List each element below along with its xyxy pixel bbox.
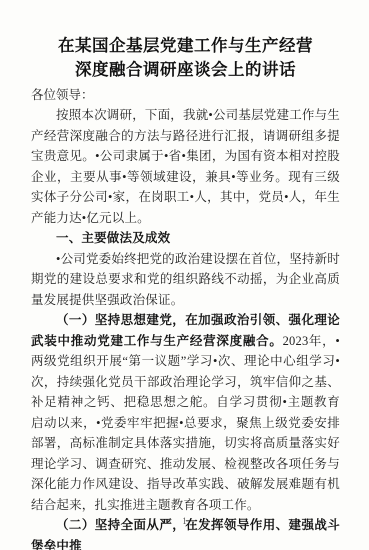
document-content: 在某国企基层党建工作与生产经营 深度融合调研座谈会上的讲话 各位领导： 按照本次… bbox=[31, 34, 340, 550]
title-line-2: 深度融合调研座谈会上的讲话 bbox=[31, 58, 340, 82]
paragraph-text: 按照本次调研，下面，我就•公司基层党建工作与生产经营深度融合的方法与路径进行汇报… bbox=[31, 108, 340, 225]
paragraph-4: （一）坚持思想建党，在加强政治引领、强化理论武装中推动党建工作与生产经营深度融合… bbox=[31, 310, 340, 515]
document-page: 在某国企基层党建工作与生产经营 深度融合调研座谈会上的讲话 各位领导： 按照本次… bbox=[0, 0, 369, 550]
paragraph-text: •公司党委始终把党的政治建设摆在首位，坚持新时期党的建设总要求和党的组织路线不动… bbox=[31, 252, 340, 307]
title-line-1: 在某国企基层党建工作与生产经营 bbox=[31, 34, 340, 58]
paragraph-2: 一、主要做法及成效 bbox=[31, 228, 340, 249]
paragraph-1: 按照本次调研，下面，我就•公司基层党建工作与生产经营深度融合的方法与路径进行汇报… bbox=[31, 105, 340, 228]
salutation: 各位领导： bbox=[31, 85, 340, 105]
paragraph-text: 一、主要做法及成效 bbox=[56, 231, 170, 245]
paragraph-text: 2023年，•两级党组织开展“第一议题”学习•次、理论中心组学习•次，持续强化党… bbox=[31, 334, 340, 512]
paragraph-3: •公司党委始终把党的政治建设摆在首位，坚持新时期党的建设总要求和党的组织路线不动… bbox=[31, 249, 340, 311]
document-body: 按照本次调研，下面，我就•公司基层党建工作与生产经营深度融合的方法与路径进行汇报… bbox=[31, 105, 340, 550]
document-title: 在某国企基层党建工作与生产经营 深度融合调研座谈会上的讲话 bbox=[31, 34, 340, 81]
page-number: 1 bbox=[0, 516, 369, 526]
